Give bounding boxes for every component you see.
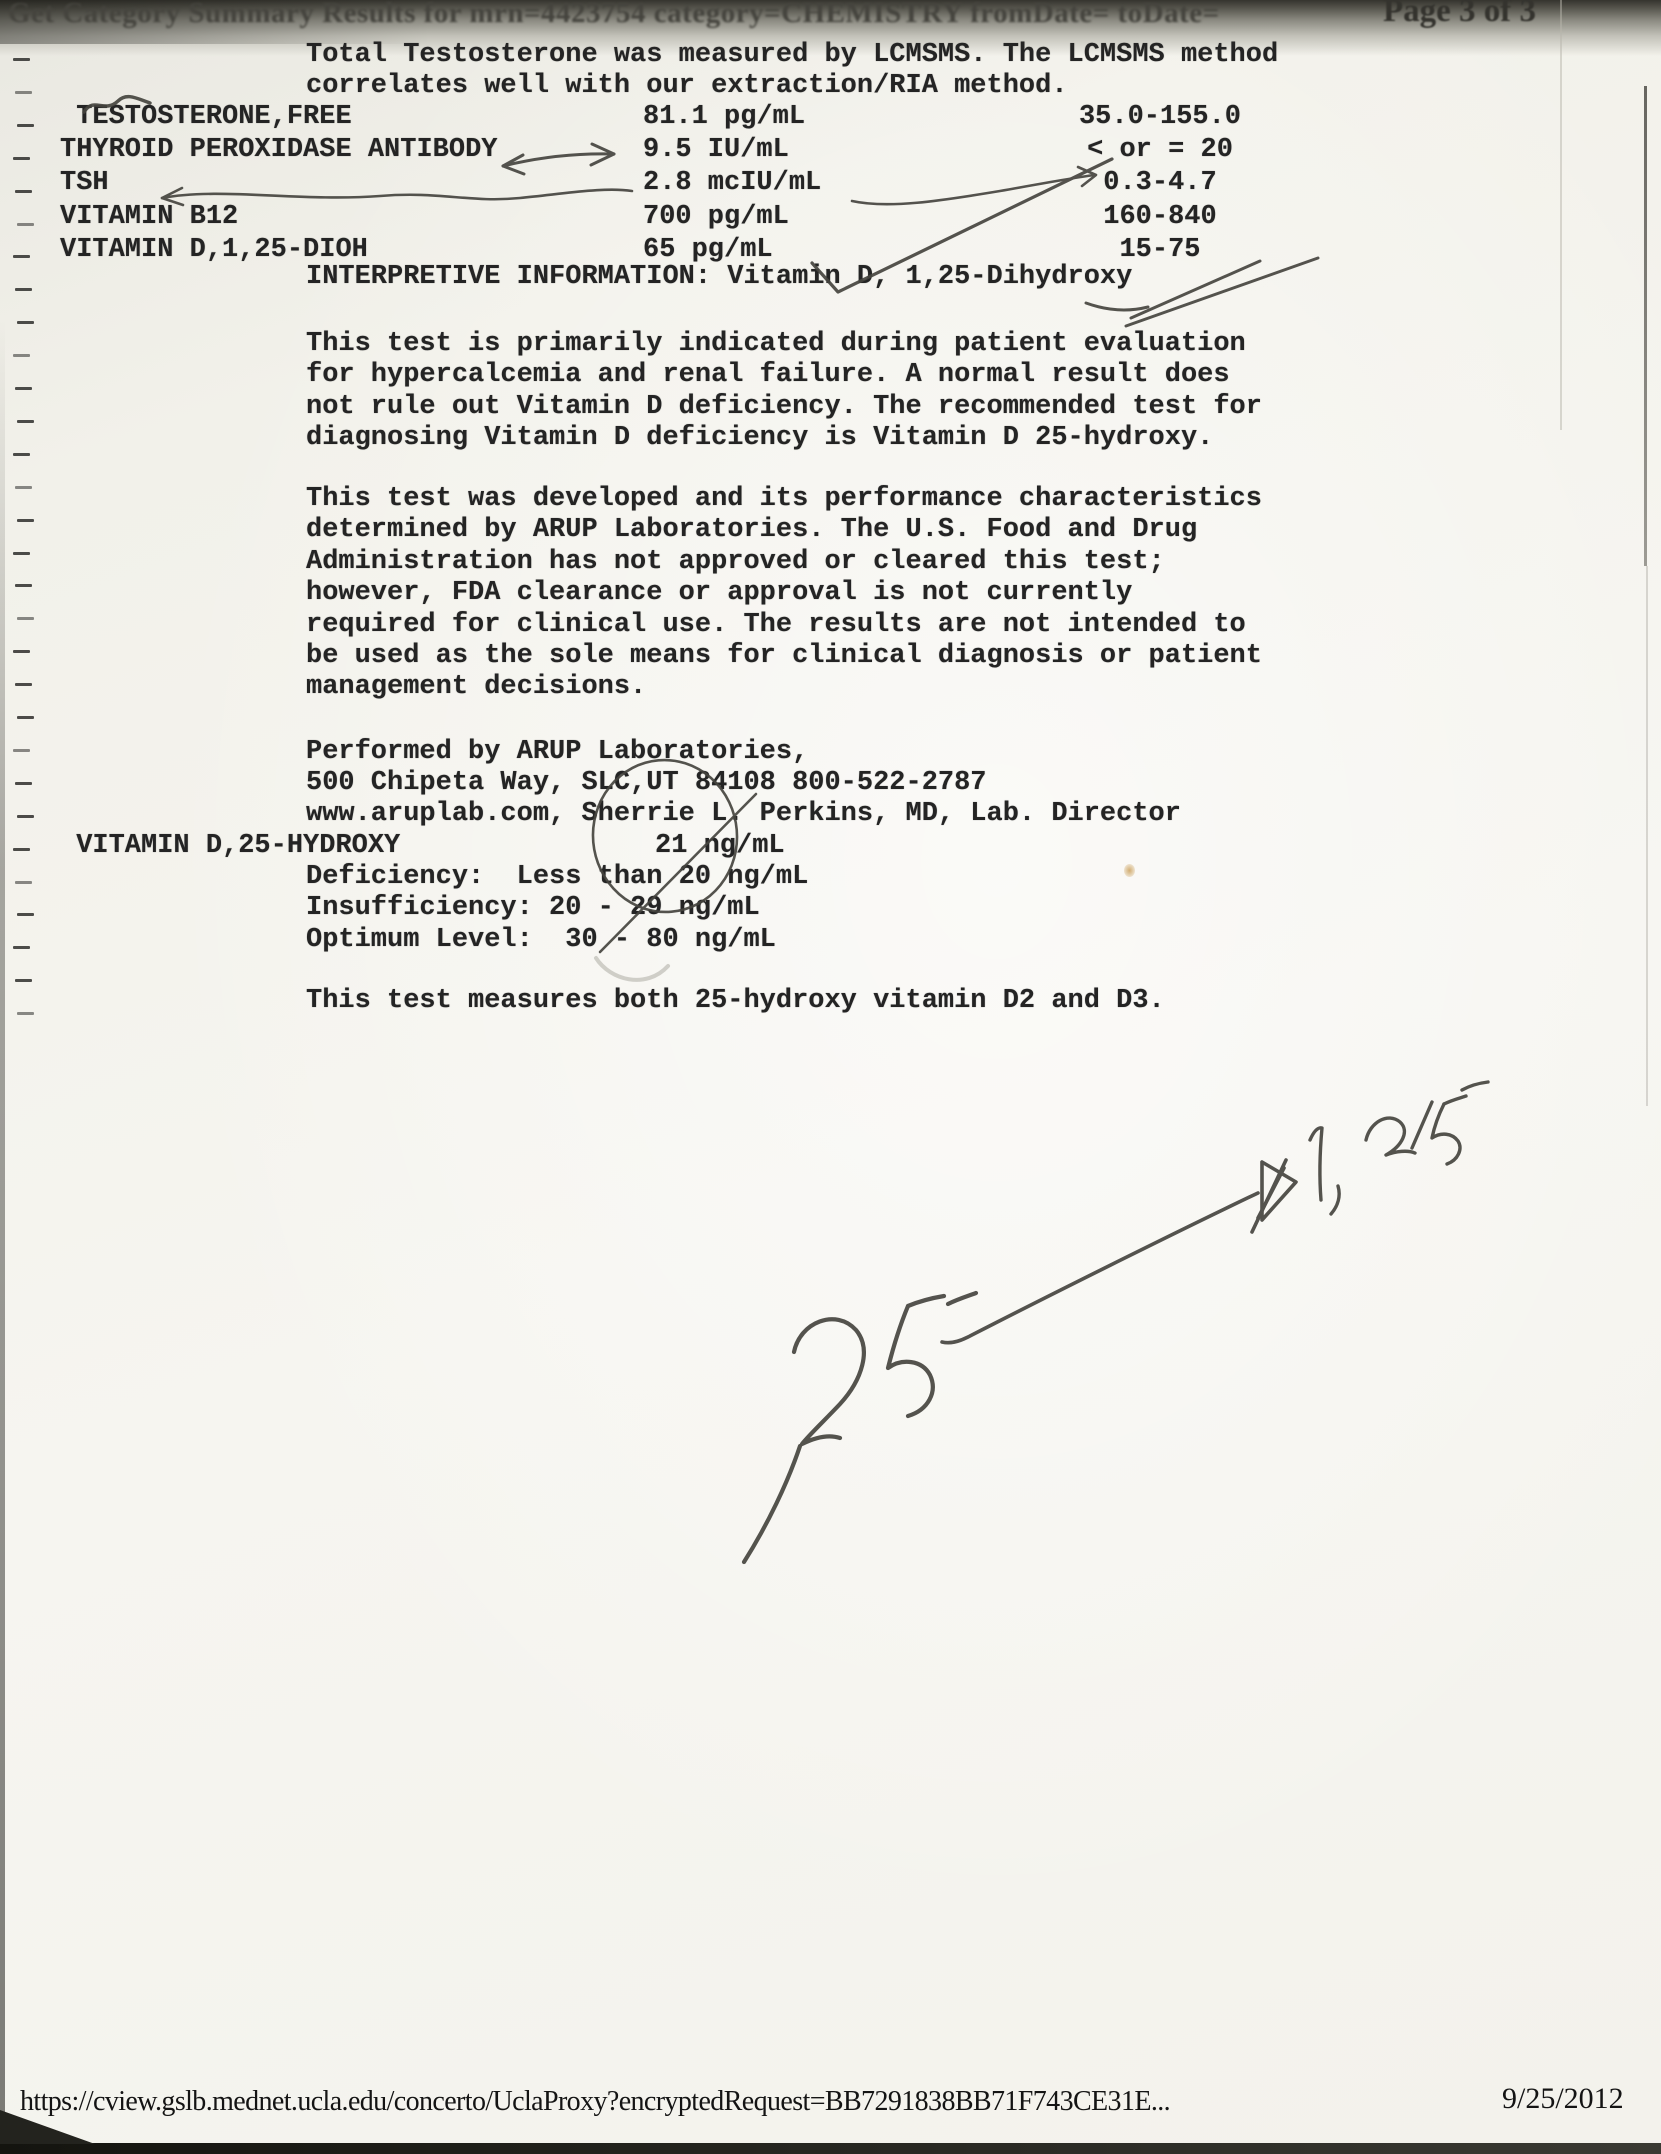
margin-dash (15, 683, 32, 686)
test-range: 15-75 (1040, 235, 1280, 265)
text-line: Performed by ARUP Laboratories, (306, 737, 1181, 768)
text-line: This test is primarily indicated during … (306, 329, 1262, 360)
test-range: 0.3-4.7 (1040, 168, 1280, 198)
pen-annotations-overlay (0, 0, 1661, 2154)
scan-bottom-edge-line (0, 2143, 1661, 2154)
vitamin-d-reference-ranges: Deficiency: Less than 20 ng/mLInsufficie… (306, 862, 808, 956)
margin-dash (17, 716, 34, 719)
text-line: Administration has not approved or clear… (306, 547, 1262, 578)
margin-dash (13, 650, 30, 653)
text-line: Insufficiency: 20 - 29 ng/mL (306, 893, 808, 924)
paper-stain-spot (1124, 864, 1135, 877)
lab-result-row: THYROID PEROXIDASE ANTIBODY9.5 IU/mL< or… (0, 135, 1661, 168)
test-name: TSH (60, 168, 109, 198)
pencil-smudge (596, 958, 668, 980)
test-name: THYROID PEROXIDASE ANTIBODY (60, 135, 497, 165)
margin-dash (13, 749, 30, 752)
scanned-lab-report-page: Get Category Summary Results for mrn=442… (0, 0, 1661, 2154)
margin-dash (15, 288, 32, 291)
margin-dash (15, 881, 32, 884)
text-line: management decisions. (306, 672, 1262, 703)
test-range: 160-840 (1040, 202, 1280, 232)
margin-dash (17, 1012, 34, 1015)
test-value: 9.5 IU/mL (643, 135, 789, 165)
margin-dash (13, 552, 30, 555)
margin-dash (17, 913, 34, 916)
margin-dash (13, 354, 30, 357)
margin-dash (17, 321, 34, 324)
vitamin-d-25-row: VITAMIN D,25-HYDROXY 21 ng/mL (0, 831, 1661, 862)
lab-result-row: TSH2.8 mcIU/mL0.3-4.7 (0, 168, 1661, 201)
margin-dash (17, 420, 34, 423)
margin-dash (17, 815, 34, 818)
margin-dash (15, 486, 32, 489)
margin-dash (15, 979, 32, 982)
handwritten-label-25 (744, 1293, 976, 1562)
handwritten-arrow (942, 1160, 1296, 1343)
test-value: 21 ng/mL (655, 831, 785, 861)
text-line: diagnosing Vitamin D deficiency is Vitam… (306, 423, 1262, 454)
margin-dash (13, 946, 30, 949)
interpretive-paragraph-1: This test is primarily indicated during … (306, 329, 1262, 455)
footer-date: 9/25/2012 (1502, 2082, 1624, 2116)
test-name: VITAMIN D,25-HYDROXY (60, 831, 400, 861)
test-value: 65 pg/mL (643, 235, 773, 265)
test-name: VITAMIN D,1,25-DIOH (60, 235, 368, 265)
margin-dash (15, 584, 32, 587)
margin-dash (15, 782, 32, 785)
scan-left-edge-line (0, 320, 5, 2154)
text-line: Total Testosterone was measured by LCMSM… (306, 40, 1278, 71)
interpretive-heading: INTERPRETIVE INFORMATION: Vitamin D, 1,2… (306, 262, 1132, 293)
test-range: < or = 20 (1040, 135, 1280, 165)
report-header-title: Get Category Summary Results for mrn=442… (8, 0, 1220, 33)
text-line: correlates well with our extraction/RIA … (306, 71, 1278, 102)
text-line: This test was developed and its performa… (306, 484, 1262, 515)
text-line: www.aruplab.com, Sherrie L. Perkins, MD,… (306, 799, 1181, 830)
test-value: 81.1 pg/mL (643, 102, 805, 132)
margin-dash (15, 387, 32, 390)
closing-note: This test measures both 25-hydroxy vitam… (306, 986, 1165, 1017)
text-line: be used as the sole means for clinical d… (306, 641, 1262, 672)
lab-results-table: TESTOSTERONE,FREE81.1 pg/mL35.0-155.0THY… (0, 102, 1661, 268)
test-name: TESTOSTERONE,FREE (60, 102, 352, 132)
text-line: however, FDA clearance or approval is no… (306, 578, 1262, 609)
footer-url: https://cview.gslb.mednet.ucla.edu/conce… (20, 2085, 1170, 2119)
lab-result-row: VITAMIN B12700 pg/mL160-840 (0, 202, 1661, 235)
interpretive-paragraph-2: This test was developed and its performa… (306, 484, 1262, 704)
text-line: determined by ARUP Laboratories. The U.S… (306, 515, 1262, 546)
arup-lab-info: Performed by ARUP Laboratories,500 Chipe… (306, 737, 1181, 830)
text-line: not rule out Vitamin D deficiency. The r… (306, 392, 1262, 423)
margin-dash (15, 91, 32, 94)
test-name: VITAMIN B12 (60, 202, 238, 232)
margin-dash (13, 58, 30, 61)
test-value: 2.8 mcIU/mL (643, 168, 821, 198)
handwritten-label-1-25 (1310, 1082, 1488, 1214)
margin-dash (17, 519, 34, 522)
text-line: required for clinical use. The results a… (306, 610, 1262, 641)
lab-result-row: TESTOSTERONE,FREE81.1 pg/mL35.0-155.0 (0, 102, 1661, 135)
test-range: 35.0-155.0 (1040, 102, 1280, 132)
margin-dash (17, 617, 34, 620)
text-line: for hypercalcemia and renal failure. A n… (306, 360, 1262, 391)
margin-dash (13, 453, 30, 456)
text-line: 500 Chipeta Way, SLC,UT 84108 800-522-27… (306, 768, 1181, 799)
text-line: Optimum Level: 30 - 80 ng/mL (306, 925, 808, 956)
text-line: Deficiency: Less than 20 ng/mL (306, 862, 808, 893)
page-number: Page 3 of 3 (1383, 0, 1536, 31)
test-value: 700 pg/mL (643, 202, 789, 232)
method-note: Total Testosterone was measured by LCMSM… (306, 40, 1278, 101)
